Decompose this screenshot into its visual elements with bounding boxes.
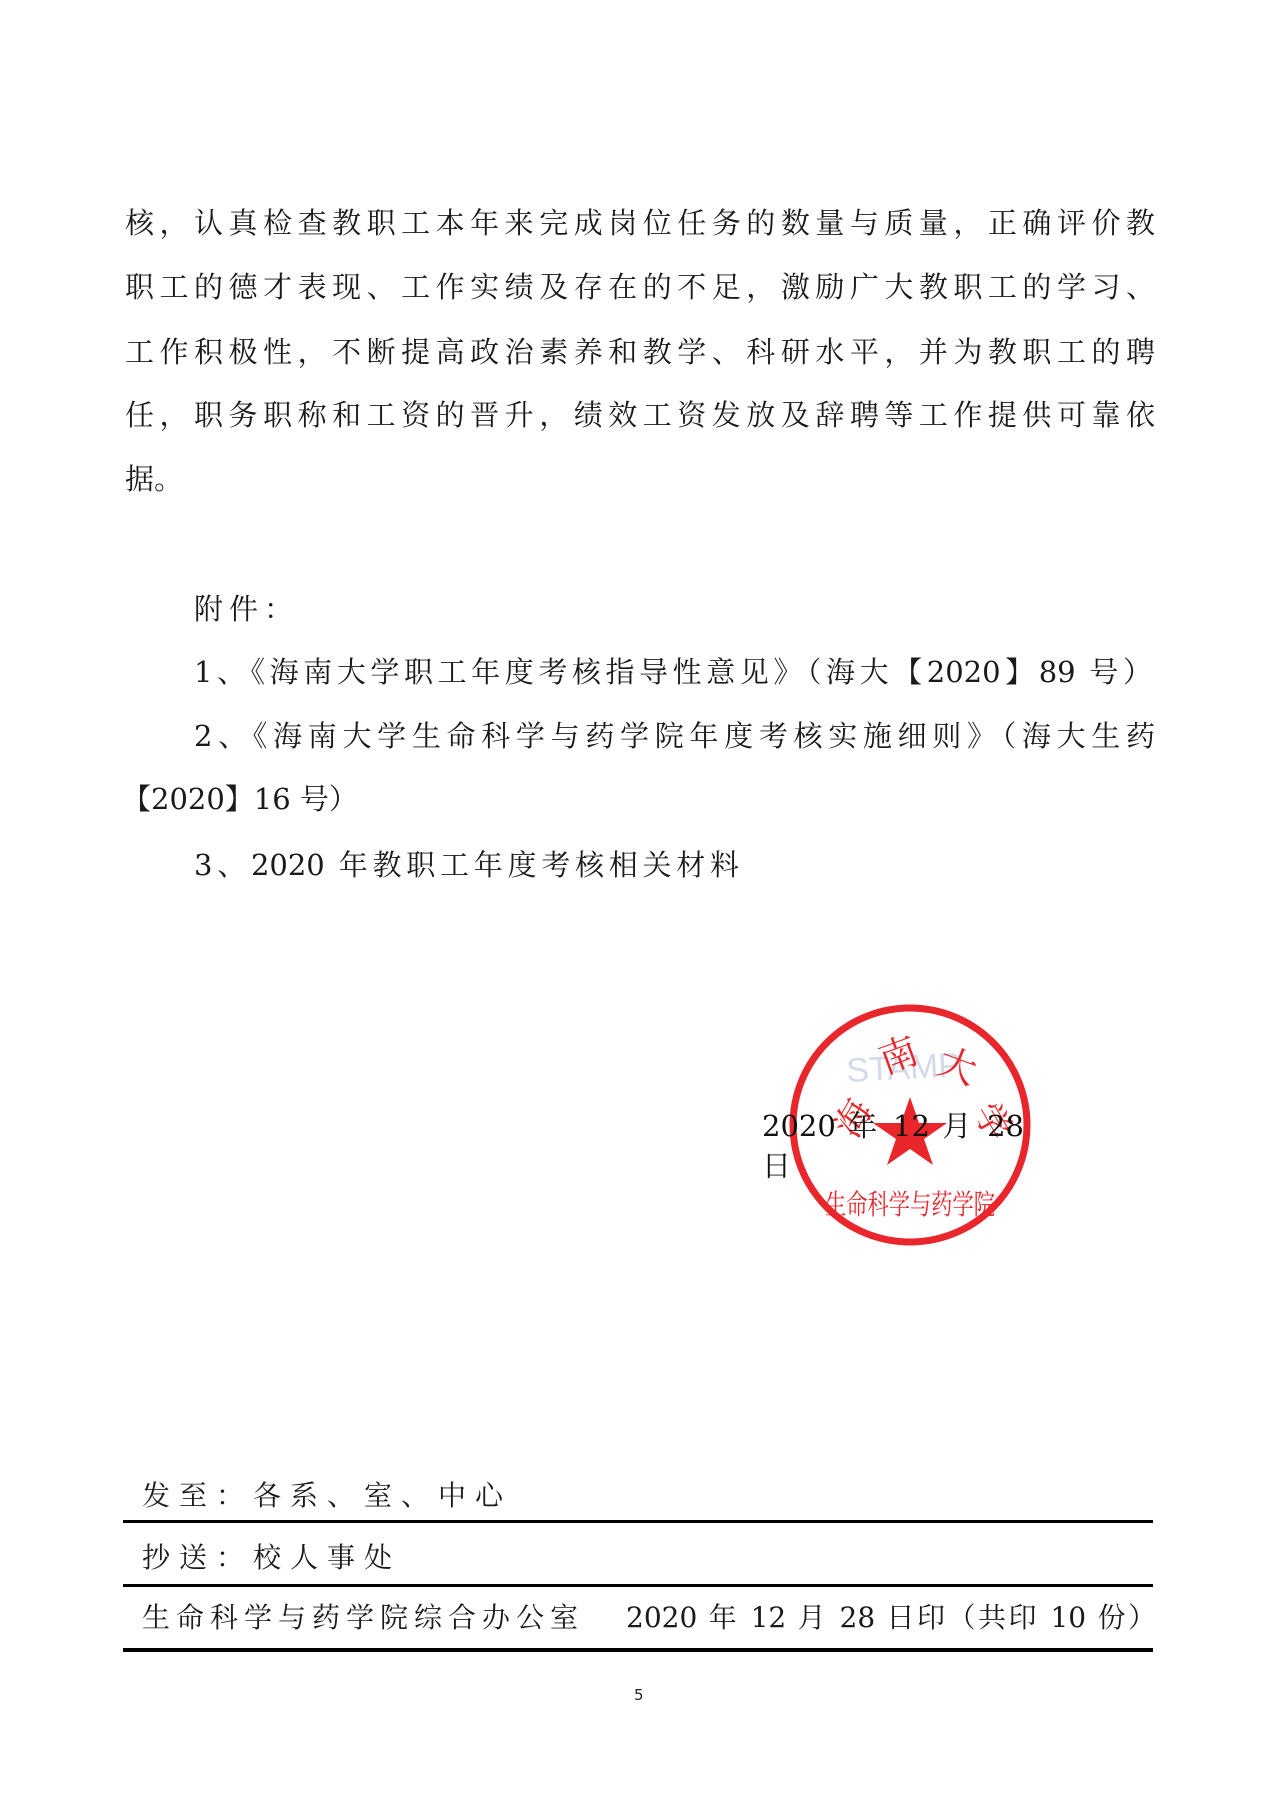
send-to: 发至：各系、室、中心 (142, 1476, 512, 1516)
divider-rule (123, 1520, 1153, 1523)
svg-text:生命科学与药学院: 生命科学与药学院 (825, 1188, 995, 1221)
cc-to: 抄送：校人事处 (142, 1538, 401, 1578)
attachment-item-2: 2、《海南大学生命科学与药学院年度考核实施细则》（海大生药 (194, 716, 1155, 756)
page-number: 5 (634, 1686, 644, 1704)
paragraph-line-5: 据。 (125, 459, 183, 499)
issuer-office: 生命科学与药学院综合办公室 (142, 1598, 584, 1638)
paragraph-line-4: 任，职务职称和工资的晋升，绩效工资发放及辞聘等工作提供可靠依 (125, 395, 1155, 435)
paragraph-line-1: 核，认真检查教职工本年来完成岗位任务的数量与质量，正确评价教 (125, 203, 1155, 243)
attachment-item-2-cont: 【2020】16 号） (122, 779, 358, 819)
print-info: 2020 年 12 月 28 日印（共印 10 份） (626, 1598, 1156, 1638)
attachments-heading: 附件： (194, 589, 299, 629)
attachment-item-3: 3、2020 年教职工年度考核相关材料 (194, 845, 739, 885)
attachment-item-1: 1、《海南大学职工年度考核指导性意见》（海大【2020】89 号） (194, 652, 1152, 692)
paragraph-line-2: 职工的德才表现、工作实绩及存在的不足，激励广大教职工的学习、 (125, 267, 1155, 307)
divider-rule (123, 1584, 1153, 1587)
signature-date: 2020 年 12 月 28 日 (762, 1106, 1024, 1186)
paragraph-line-3: 工作积极性，不断提高政治素养和教学、科研水平，并为教职工的聘 (125, 332, 1155, 372)
divider-rule-bottom (123, 1648, 1153, 1652)
